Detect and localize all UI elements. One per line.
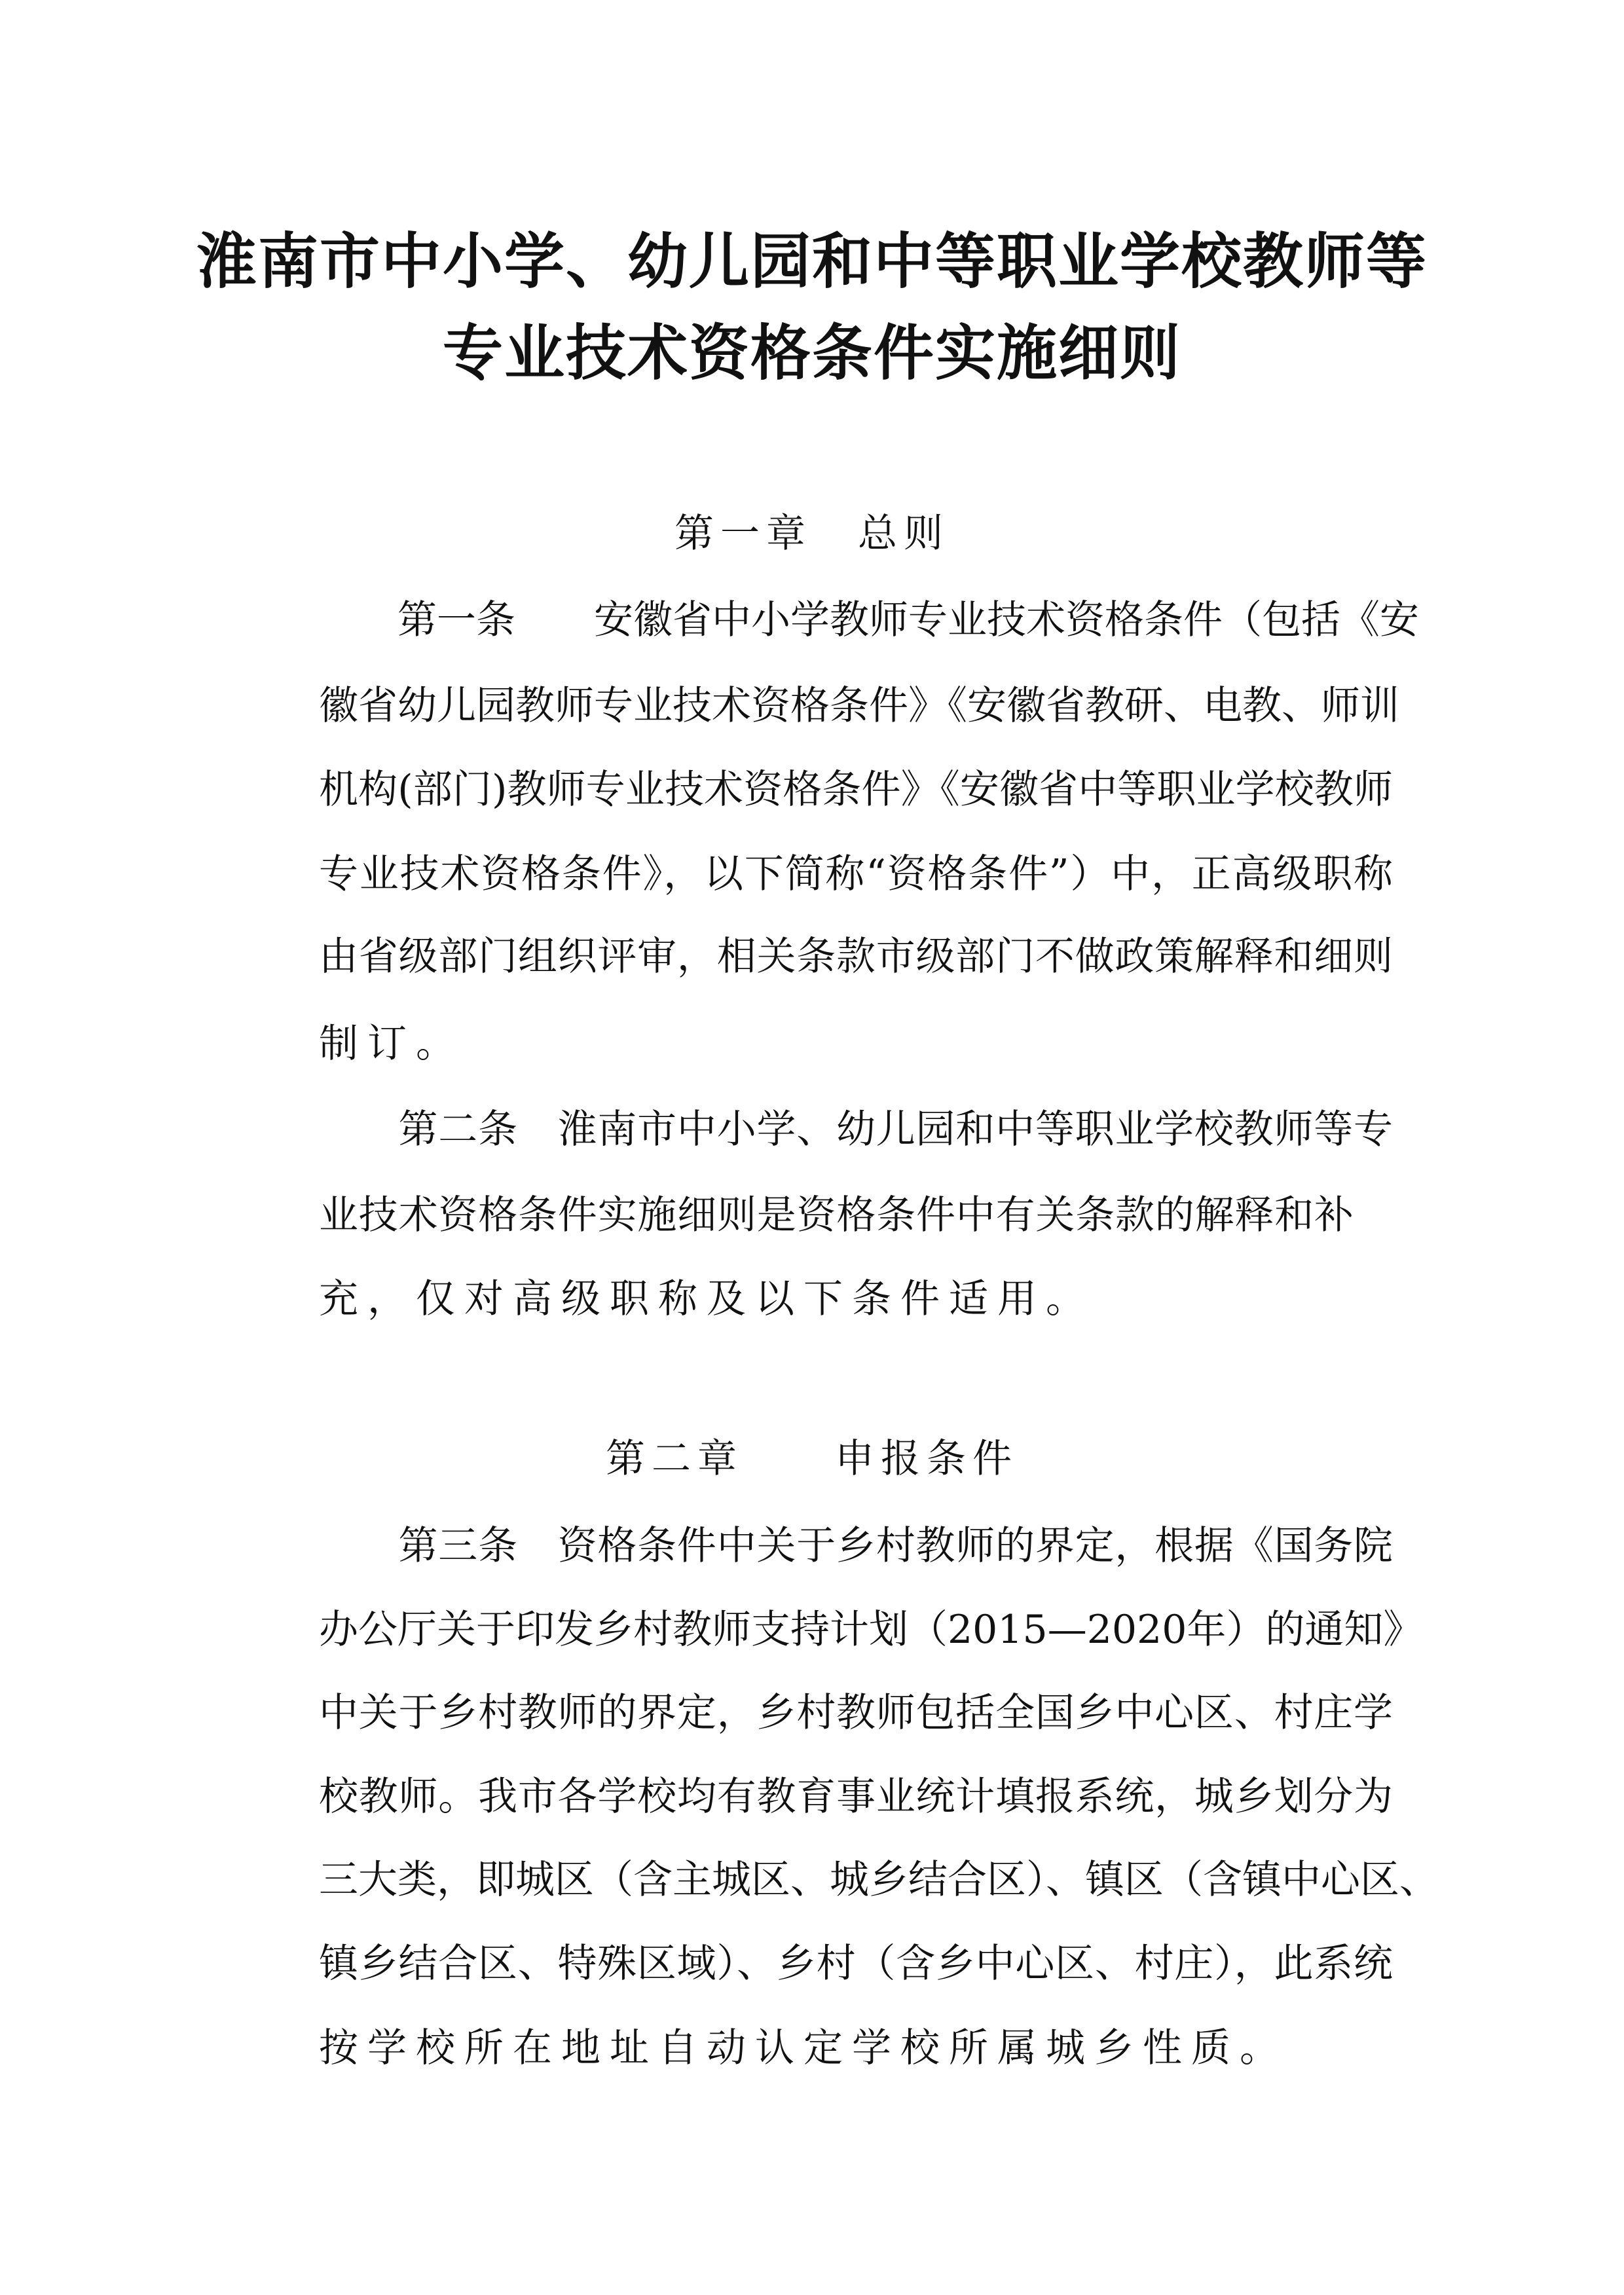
article-3-line-6: 镇乡结合区、特殊区域）、乡村（含乡中心区、村庄），此系统 xyxy=(319,1937,1393,1990)
chapter-heading-2: 第二章 申报条件 xyxy=(0,1433,1624,1485)
article-3-line-4: 校教师。我市各学校均有教育事业统计填报系统，城乡划分为 xyxy=(319,1771,1393,1823)
article-2-line-1: 第二条 淮南市中小学、幼儿园和中等职业学校教师等专 xyxy=(319,1103,1393,1156)
article-3-line-2: 办公厅关于印发乡村教师支持计划（2015—2020年）的通知》 xyxy=(319,1604,1393,1656)
document-title-line-2: 专业技术资格条件实施细则 xyxy=(0,318,1624,390)
article-1-line-1: 第一条 安徽省中小学教师专业技术资格条件（包括《安 xyxy=(319,594,1393,646)
article-2-line-2: 业技术资格条件实施细则是资格条件中有关条款的解释和补 xyxy=(319,1189,1354,1241)
article-3-line-7: 按学校所在地址自动认定学校所属城乡性质。 xyxy=(319,2022,1393,2074)
article-1-line-6: 制订。 xyxy=(319,1018,1393,1070)
chapter-heading-1: 第一章 总则 xyxy=(0,507,1624,560)
article-1-line-3: 机构(部门)教师专业技术资格条件》《安徽省中等职业学校教师 xyxy=(319,763,1393,816)
article-3-line-5: 三大类，即城区（含主城区、城乡结合区）、镇区（含镇中心区、 xyxy=(319,1854,1393,1906)
article-1-line-2: 徽省幼儿园教师专业技术资格条件》《安徽省教研、电教、师训 xyxy=(319,680,1393,732)
article-1-line-4: 专业技术资格条件》，以下简称“资格条件”）中，正高级职称 xyxy=(319,848,1393,900)
article-2-line-3: 充，仅对高级职称及以下条件适用。 xyxy=(319,1273,1393,1325)
article-3-line-1: 第三条 资格条件中关于乡村教师的界定，根据《国务院 xyxy=(319,1520,1393,1572)
article-3-line-3: 中关于乡村教师的界定，乡村教师包括全国乡中心区、村庄学 xyxy=(319,1687,1393,1739)
article-1-line-5: 由省级部门组织评审，相关条款市级部门不做政策解释和细则 xyxy=(319,930,1393,983)
document-title-line-1: 淮南市中小学、幼儿园和中等职业学校教师等 xyxy=(0,226,1624,298)
